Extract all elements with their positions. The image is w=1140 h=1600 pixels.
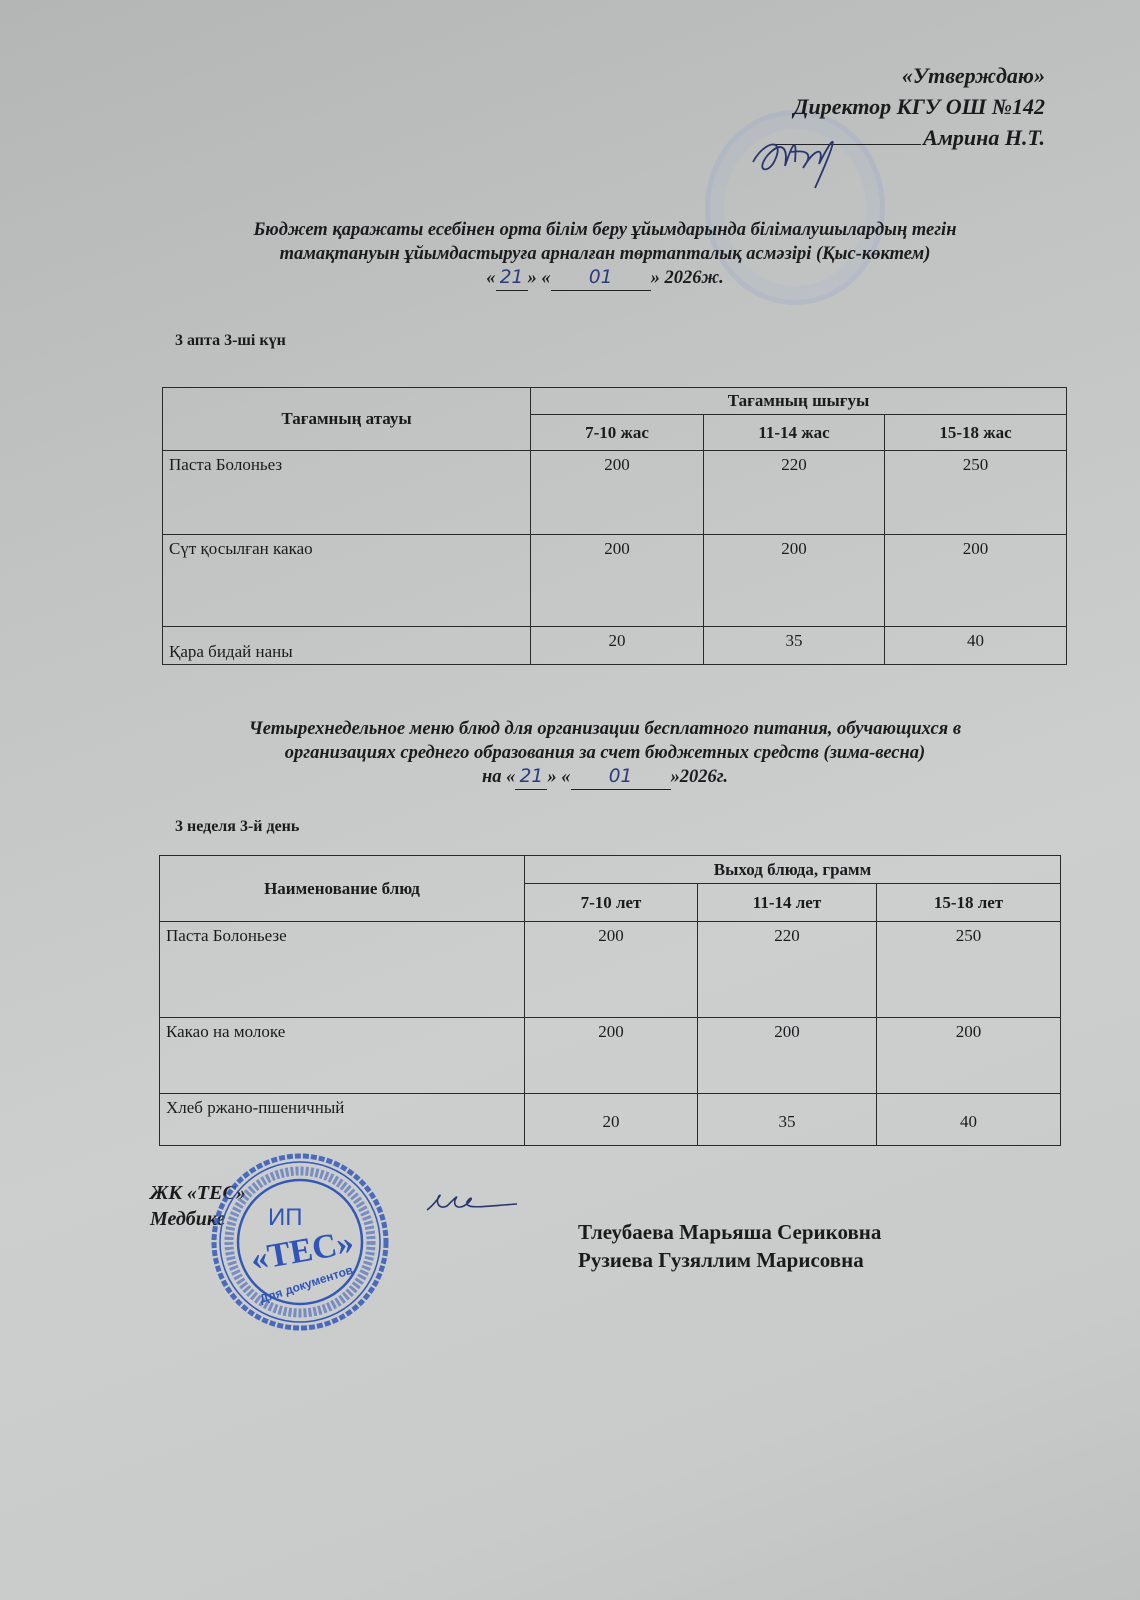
portion-value: 200 [698,1018,877,1094]
signatory-name: Тлеубаева Марьяша Сериковна [578,1218,881,1246]
kz-date-suffix: » 2026ж. [651,268,724,288]
approval-name: Амрина Н.Т. [923,125,1045,150]
kz-menu-title: Бюджет қаражаты есебінен орта білім беру… [150,218,1060,291]
portion-value: 200 [531,535,704,627]
portion-value: 250 [885,451,1067,535]
ru-title-line1: Четырехнедельное меню блюд для организац… [150,717,1060,741]
stamp-top-text: ИП [268,1204,303,1231]
kz-group-header: Тағамның шығуы [531,388,1067,415]
kz-title-line1: Бюджет қаражаты есебінен орта білім беру… [150,218,1060,242]
table-row: Паста Болоньезе 200 220 250 [160,922,1061,1018]
ru-group-header: Выход блюда, грамм [525,856,1061,884]
portion-value: 200 [525,922,698,1018]
portion-value: 200 [885,535,1067,627]
kz-title-line2: тамақтануын ұйымдастыруға арналған төрта… [150,242,1060,266]
ru-age-header: 15-18 лет [877,884,1061,922]
kz-date: «21» «01» 2026ж. [150,266,1060,291]
ru-date-prefix: на « [482,767,515,787]
dish-name: Қара бидай наны [163,627,531,665]
ru-date-month: 01 [571,765,671,790]
ru-date-mid: » « [547,767,570,787]
kz-age-header: 11-14 жас [704,415,885,451]
portion-value: 200 [877,1018,1061,1094]
approval-heading: «Утверждаю» [771,60,1045,91]
table-row: Хлеб ржано-пшеничный 20 35 40 [160,1094,1061,1146]
dish-name: Хлеб ржано-пшеничный [160,1094,525,1146]
portion-value: 35 [698,1094,877,1146]
table-row: Какао на молоке 200 200 200 [160,1018,1061,1094]
kz-menu-table: Тағамның атауы Тағамның шығуы 7-10 жас 1… [162,387,1067,665]
portion-value: 20 [531,627,704,665]
kz-col-name-header: Тағамның атауы [163,388,531,451]
ru-menu-table: Наименование блюд Выход блюда, грамм 7-1… [159,855,1061,1146]
director-signature-icon [745,122,865,194]
portion-value: 20 [525,1094,698,1146]
dish-name: Сүт қосылған какао [163,535,531,627]
ru-date: на «21» «01»2026г. [150,765,1060,790]
ru-col-name-header: Наименование блюд [160,856,525,922]
signatories: Тлеубаева Марьяша Сериковна Рузиева Гузя… [578,1218,881,1274]
kz-age-header: 7-10 жас [531,415,704,451]
kz-header-row: Тағамның атауы Тағамның шығуы [163,388,1067,415]
dish-name: Паста Болоньезе [160,922,525,1018]
ru-menu-title: Четырехнедельное меню блюд для организац… [150,717,1060,790]
approval-director: Директор КГУ ОШ №142 [771,91,1045,122]
nurse-signature-icon [425,1188,520,1218]
ru-age-header: 7-10 лет [525,884,698,922]
kz-date-mid: » « [528,268,551,288]
kz-date-prefix: « [486,268,495,288]
ru-age-header: 11-14 лет [698,884,877,922]
signatory-name: Рузиева Гузяллим Марисовна [578,1246,881,1274]
kz-date-month: 01 [551,266,651,291]
table-row: Қара бидай наны 20 35 40 [163,627,1067,665]
dish-name: Паста Болоньез [163,451,531,535]
ru-day-label: 3 неделя 3-й день [175,818,299,836]
ru-header-row: Наименование блюд Выход блюда, грамм [160,856,1061,884]
portion-value: 35 [704,627,885,665]
kz-date-day: 21 [496,266,528,291]
kz-day-label: 3 апта 3-ші күн [175,332,286,350]
kz-age-header: 15-18 жас [885,415,1067,451]
portion-value: 200 [525,1018,698,1094]
company-stamp-icon: ИП «ТЕС» Для документов [208,1150,393,1335]
ru-date-day: 21 [515,765,547,790]
portion-value: 40 [877,1094,1061,1146]
portion-value: 40 [885,627,1067,665]
ru-title-line2: организациях среднего образования за сче… [150,741,1060,765]
portion-value: 250 [877,922,1061,1018]
portion-value: 220 [704,451,885,535]
portion-value: 200 [704,535,885,627]
ru-date-suffix: »2026г. [671,767,728,787]
dish-name: Какао на молоке [160,1018,525,1094]
portion-value: 220 [698,922,877,1018]
portion-value: 200 [531,451,704,535]
table-row: Паста Болоньез 200 220 250 [163,451,1067,535]
table-row: Сүт қосылған какао 200 200 200 [163,535,1067,627]
